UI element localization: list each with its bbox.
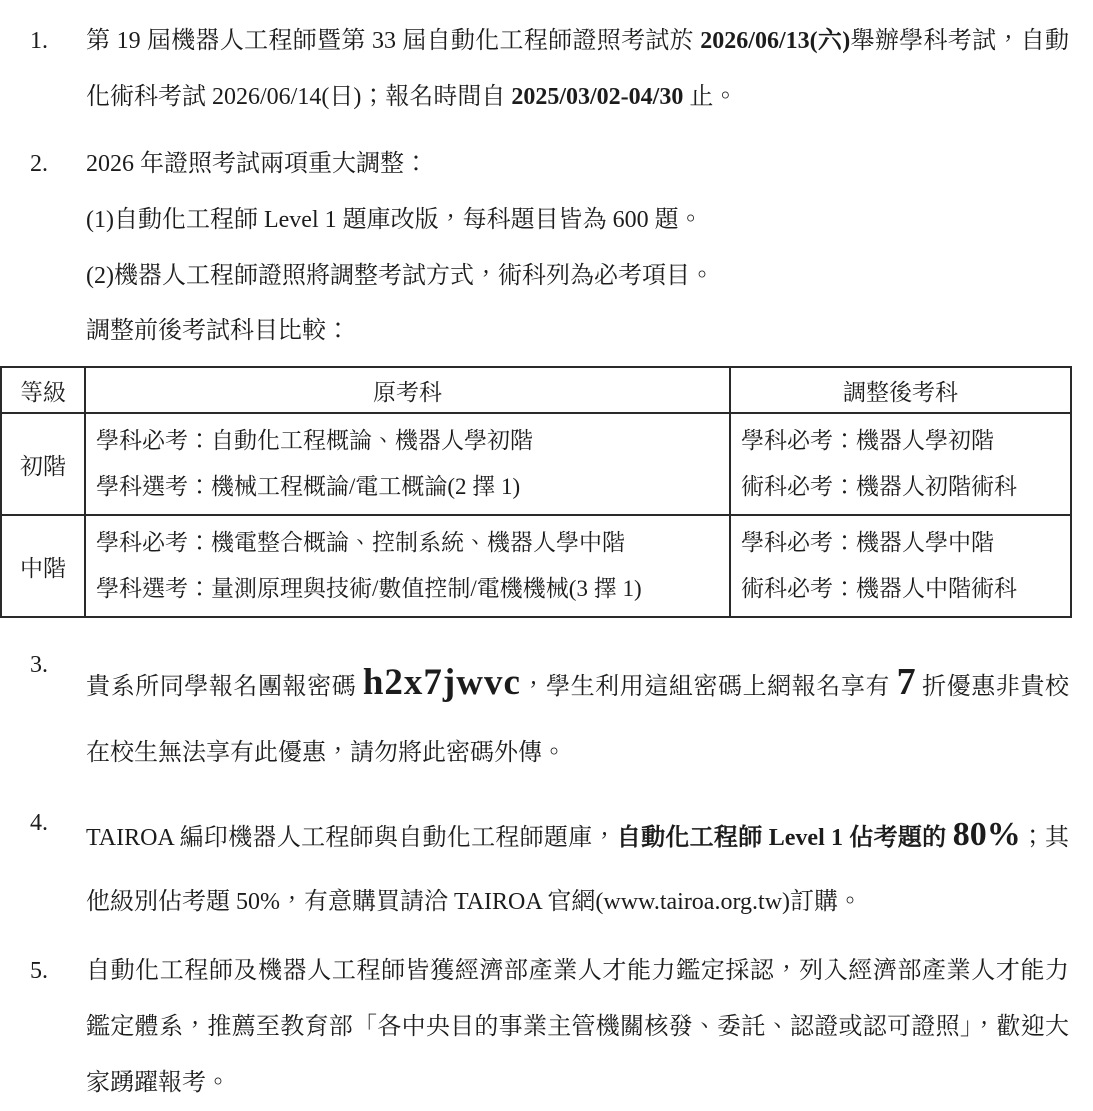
- list-item-1-text: 第 19 屆機器人工程師暨第 33 屆自動化工程師證照考試於 2026/06/1…: [86, 14, 1093, 125]
- header-adjusted-subjects: 調整後考科: [730, 367, 1071, 413]
- adjusted-subjects-cell: 學科必考：機器人學初階 術科必考：機器人初階術科: [730, 413, 1071, 515]
- subject-line: 學科必考：機電整合概論、控制系統、機器人學中階: [96, 520, 721, 566]
- list-item-3-text: 貴系所同學報名團報密碼 h2x7jwvc，學生利用這組密碼上網報名享有 7 折優…: [86, 638, 1093, 782]
- list-number: 2.: [30, 137, 86, 360]
- item2-line4: 調整前後考試科目比較：: [86, 304, 1069, 360]
- exam-subjects-comparison-table: 等級 原考科 調整後考科 初階 學科必考：自動化工程概論、機器人學初階 學科選考…: [0, 366, 1072, 618]
- list-number: 4.: [30, 796, 86, 931]
- item1-registration-period-bold: 2025/03/02-04/30: [511, 84, 683, 110]
- level-cell: 初階: [1, 413, 85, 515]
- subject-line: 學科必考：機器人學初階: [741, 418, 1062, 464]
- list-item-5-text: 自動化工程師及機器人工程師皆獲經濟部產業人才能力鑑定採認，列入經濟部產業人才能力…: [86, 944, 1093, 1111]
- item1-exam-date-bold: 2026/06/13(六): [700, 28, 850, 54]
- item3-seg3: ，學生利用這組密碼上網報名享有: [521, 674, 897, 700]
- item5-text: 自動化工程師及機器人工程師皆獲經濟部產業人才能力鑑定採認，列入經濟部產業人才能力…: [86, 958, 1069, 1095]
- subject-line: 學科必考：自動化工程概論、機器人學初階: [96, 418, 721, 464]
- percentage-80: 80%: [953, 816, 1021, 853]
- list-item-3: 3. 貴系所同學報名團報密碼 h2x7jwvc，學生利用這組密碼上網報名享有 7…: [0, 638, 1093, 782]
- list-item-4-text: TAIROA 編印機器人工程師與自動化工程師題庫，自動化工程師 Level 1 …: [86, 796, 1093, 931]
- item4-level1-bold: 自動化工程師 Level 1 佔考題的: [617, 825, 953, 851]
- item3-seg1: 貴系所同學報名團報密碼: [86, 674, 363, 700]
- header-original-subjects: 原考科: [85, 367, 730, 413]
- adjusted-subjects-cell: 學科必考：機器人學中階 術科必考：機器人中階術科: [730, 515, 1071, 617]
- table-header-row: 等級 原考科 調整後考科: [1, 367, 1071, 413]
- list-item-5: 5. 自動化工程師及機器人工程師皆獲經濟部產業人才能力鑑定採認，列入經濟部產業人…: [0, 944, 1093, 1111]
- subject-line: 學科選考：量測原理與技術/數值控制/電機機械(3 擇 1): [96, 566, 721, 612]
- level-cell: 中階: [1, 515, 85, 617]
- list-item-1: 1. 第 19 屆機器人工程師暨第 33 屆自動化工程師證照考試於 2026/0…: [0, 14, 1093, 125]
- list-number: 5.: [30, 944, 86, 1111]
- subject-line: 學科必考：機器人學中階: [741, 520, 1062, 566]
- header-level: 等級: [1, 367, 85, 413]
- item4-seg1: TAIROA 編印機器人工程師與自動化工程師題庫，: [86, 825, 617, 851]
- item1-seg1: 第 19 屆機器人工程師暨第 33 屆自動化工程師證照考試於: [86, 28, 700, 54]
- list-item-2-text: 2026 年證照考試兩項重大調整： (1)自動化工程師 Level 1 題庫改版…: [86, 137, 1093, 360]
- list-number: 3.: [30, 638, 86, 782]
- original-subjects-cell: 學科必考：機電整合概論、控制系統、機器人學中階 學科選考：量測原理與技術/數值控…: [85, 515, 730, 617]
- original-subjects-cell: 學科必考：自動化工程概論、機器人學初階 學科選考：機械工程概論/電工概論(2 擇…: [85, 413, 730, 515]
- list-number: 1.: [30, 14, 86, 125]
- subject-line: 學科選考：機械工程概論/電工概論(2 擇 1): [96, 464, 721, 510]
- item2-line2: (1)自動化工程師 Level 1 題庫改版，每科題目皆為 600 題。: [86, 193, 1069, 249]
- item1-seg5: 止。: [683, 84, 737, 110]
- discount-digit: 7: [897, 661, 916, 703]
- list-item-4: 4. TAIROA 編印機器人工程師與自動化工程師題庫，自動化工程師 Level…: [0, 796, 1093, 931]
- subject-line: 術科必考：機器人初階術科: [741, 464, 1062, 510]
- group-registration-password: h2x7jwvc: [363, 662, 521, 703]
- item2-line1: 2026 年證照考試兩項重大調整：: [86, 137, 1069, 193]
- subject-line: 術科必考：機器人中階術科: [741, 566, 1062, 612]
- table-row-beginner: 初階 學科必考：自動化工程概論、機器人學初階 學科選考：機械工程概論/電工概論(…: [1, 413, 1071, 515]
- document-page: 1. 第 19 屆機器人工程師暨第 33 屆自動化工程師證照考試於 2026/0…: [0, 14, 1093, 1111]
- list-item-2: 2. 2026 年證照考試兩項重大調整： (1)自動化工程師 Level 1 題…: [0, 137, 1093, 360]
- table-row-intermediate: 中階 學科必考：機電整合概論、控制系統、機器人學中階 學科選考：量測原理與技術/…: [1, 515, 1071, 617]
- item2-line3: (2)機器人工程師證照將調整考試方式，術科列為必考項目。: [86, 249, 1069, 305]
